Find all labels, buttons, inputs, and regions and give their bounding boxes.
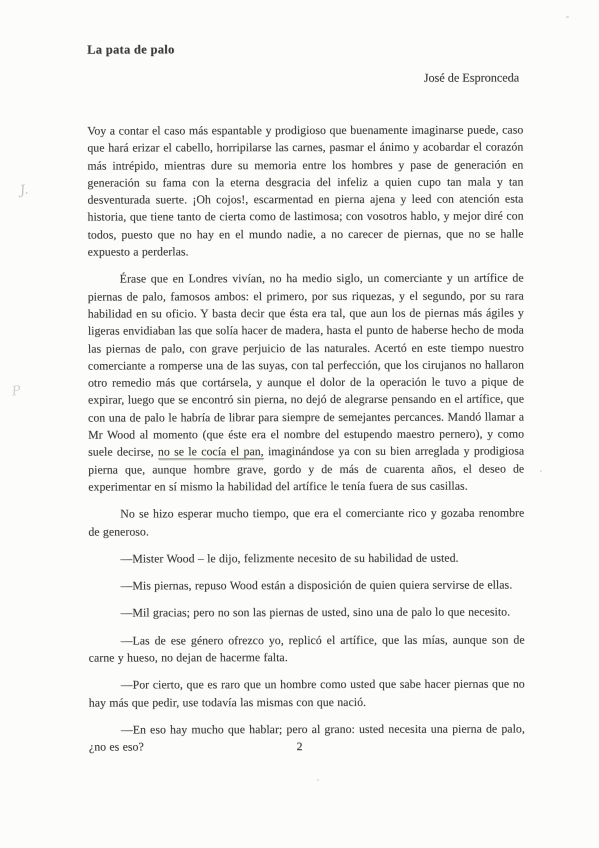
- pencil-margin-mark-1: J.: [19, 182, 29, 198]
- paragraph-2: Érase que en Londres vivían, no ha medio…: [88, 270, 525, 496]
- scan-speck: [317, 779, 319, 781]
- document-title: La pata de palo: [87, 41, 523, 57]
- text-block: La pata de palo José de Espronceda Voy a…: [87, 41, 525, 766]
- dialogue-line-5: —Por cierto, que es raro que un hombre c…: [89, 676, 525, 712]
- pencil-margin-mark-2: P: [11, 383, 22, 399]
- paragraph-1: Voy a contar el caso más espantable y pr…: [87, 121, 523, 261]
- document-author: José de Espronceda: [87, 70, 519, 86]
- dialogue-line-1: —Mister Wood – le dijo, felizmente neces…: [88, 549, 524, 567]
- scan-speck: [540, 470, 542, 472]
- paragraph-3: No se hizo esperar mucho tiempo, que era…: [88, 505, 524, 541]
- scanned-document-page: La pata de palo José de Espronceda Voy a…: [0, 0, 599, 848]
- dialogue-line-4: —Las de ese género ofrezco yo, replicó e…: [89, 631, 525, 667]
- dialogue-line-3: —Mil gracias; pero no son las piernas de…: [89, 604, 525, 622]
- scan-speck: [566, 16, 569, 18]
- pencil-underlined-phrase: no se le cocía el pan,: [158, 444, 264, 459]
- dialogue-line-2: —Mis piernas, repuso Wood están a dispos…: [88, 577, 524, 595]
- paragraph-2-segment-1: Érase que en Londres vivían, no ha medio…: [88, 271, 524, 459]
- page-number: 2: [0, 739, 599, 754]
